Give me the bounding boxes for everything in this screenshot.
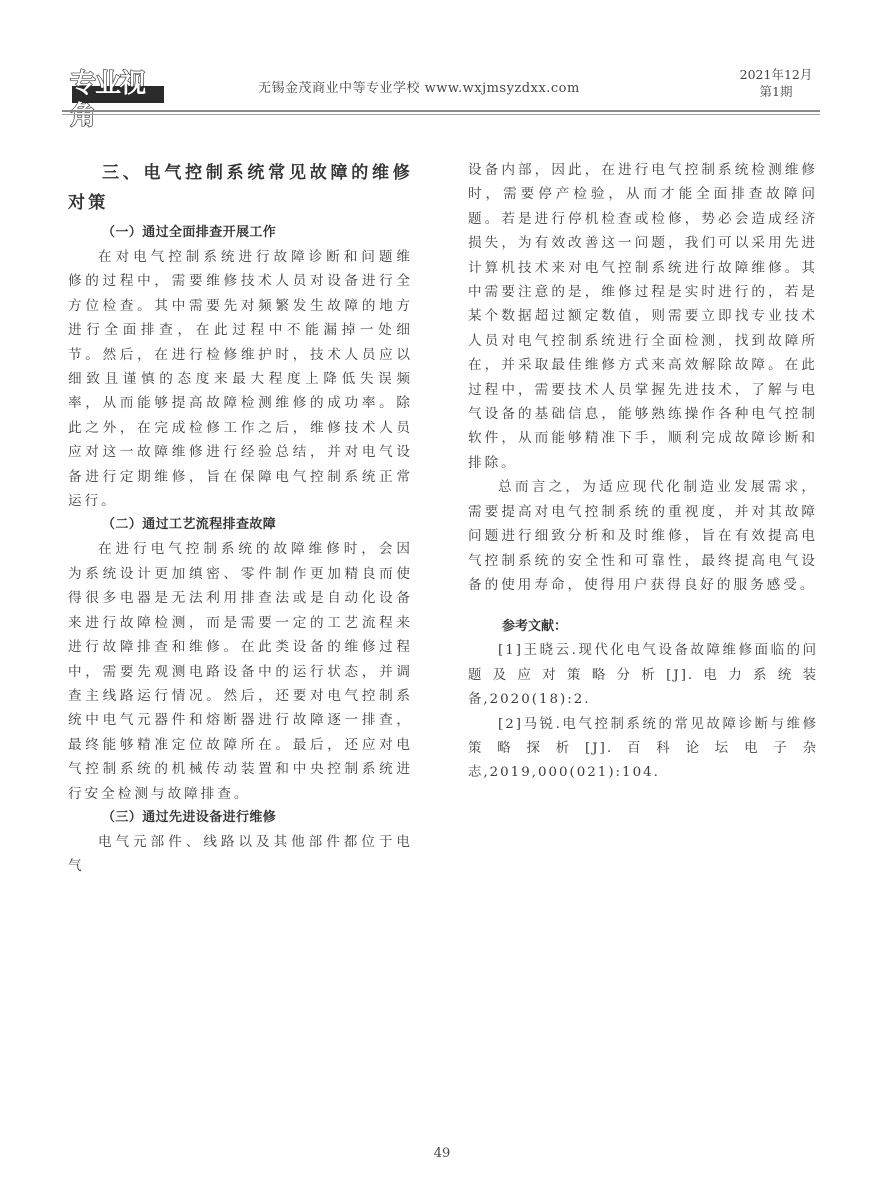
subsection-heading-1: （一）通过全面排查开展工作	[68, 221, 413, 245]
header-rule-bottom	[62, 114, 820, 115]
logo-text: 专业视角	[70, 68, 166, 132]
paragraph: 在对电气控制系统进行故障诊断和问题维修的过程中，需要维修技术人员对设备进行全方位…	[68, 245, 413, 513]
right-column: 设备内部，因此，在进行电气控制系统检测维修时，需要停产检验，从而才能全面排查故障…	[468, 158, 818, 786]
reference-item-1: [1]王晓云.现代化电气设备故障维修面临的问题及应对策略分析[J].电力系统装备…	[468, 639, 818, 712]
section-title: 三、电气控制系统常见故障的维修对策	[68, 158, 413, 218]
paragraph-continued: 设备内部，因此，在进行电气控制系统检测维修时，需要停产检验，从而才能全面排查故障…	[468, 158, 818, 475]
column-logo: 专业视角	[70, 68, 166, 104]
page-header: 专业视角 无锡金茂商业中等专业学校 www.wxjmsyzdxx.com 202…	[0, 0, 884, 120]
subsection-heading-3: （三）通过先进设备进行维修	[68, 806, 413, 830]
issue-info: 2021年12月 第1期	[738, 66, 814, 100]
page-number: 49	[0, 1146, 884, 1161]
references-title: 参考文献：	[468, 615, 818, 639]
reference-item-2: [2]马锐.电气控制系统的常见故障诊断与维修策略探析[J].百科论坛电子杂志,2…	[468, 713, 818, 786]
header-rule-top	[62, 110, 820, 112]
conclusion-paragraph: 总而言之，为适应现代化制造业发展需求，需要提高对电气控制系统的重视度，并对其故障…	[468, 475, 818, 597]
issue-number: 第1期	[738, 83, 814, 100]
subsection-heading-2: （二）通过工艺流程排查故障	[68, 513, 413, 537]
paragraph: 电气元部件、线路以及其他部件都位于电气	[68, 830, 413, 879]
school-name-url: 无锡金茂商业中等专业学校 www.wxjmsyzdxx.com	[258, 77, 580, 96]
left-column: 三、电气控制系统常见故障的维修对策 （一）通过全面排查开展工作 在对电气控制系统…	[68, 158, 413, 879]
issue-date: 2021年12月	[738, 66, 814, 83]
paragraph: 在进行电气控制系统的故障维修时，会因为系统设计更加缜密、零件制作更加精良而使得很…	[68, 537, 413, 805]
